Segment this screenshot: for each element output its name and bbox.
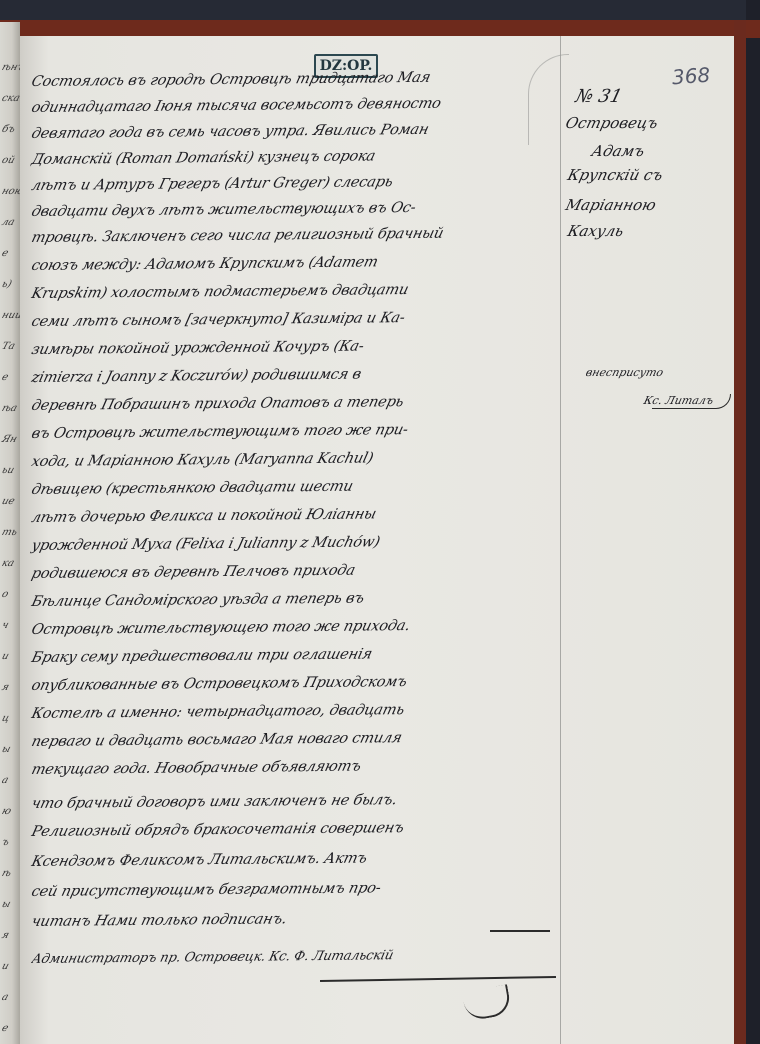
facing-page-fragment: и xyxy=(0,961,10,972)
facing-page-fragment: ка xyxy=(0,558,16,569)
text-line: читанъ Нами только подписанъ. xyxy=(26,909,554,944)
margin-groom-first: Адамъ xyxy=(590,142,647,160)
facing-page-fragment: нии xyxy=(0,310,20,321)
facing-page-fragment: е xyxy=(0,248,9,259)
facing-page-fragment: е xyxy=(0,372,9,383)
facing-page-fragment: о xyxy=(0,589,10,600)
margin-bride-first: Маріанною xyxy=(564,196,658,214)
facing-page-fragment: ь) xyxy=(0,279,13,290)
margin-parish: Островецъ xyxy=(564,114,660,132)
facing-page-fragment: ла xyxy=(0,217,16,228)
facing-page-edge: ѣнъскабъойноюлаеь)нииТаеѣаЯньииетькаочия… xyxy=(0,22,20,1044)
margin-groom-surname: Крупскій съ xyxy=(566,166,665,184)
closing-dash xyxy=(490,930,550,932)
facing-page-fragment: Ян xyxy=(0,434,18,445)
facing-page-fragment: ска xyxy=(0,93,20,104)
margin-correction-note: внесприсуто xyxy=(584,366,664,379)
facing-page-fragment: е xyxy=(0,1023,9,1034)
facing-page-fragment: я xyxy=(0,682,10,693)
facing-page-fragment: ы xyxy=(0,899,12,910)
facing-page-fragment: ц xyxy=(0,713,11,724)
facing-page-fragment: а xyxy=(0,775,10,786)
facing-page-fragment: а xyxy=(0,992,10,1003)
folio-number: 368 xyxy=(671,63,711,90)
signature-flourish xyxy=(462,984,513,1022)
facing-page-fragment: ой xyxy=(0,155,16,166)
margin-rule xyxy=(560,36,561,1044)
backdrop-right xyxy=(746,0,760,1044)
facing-page-fragment: ною xyxy=(0,186,20,197)
record-number: № 31 xyxy=(573,86,624,107)
text-line: текущаго года. Новобрачные объявляютъ xyxy=(26,757,554,792)
facing-page-fragment: бъ xyxy=(0,124,16,135)
facing-page-fragment: ѣа xyxy=(0,403,18,414)
margin-bride-surname: Кахуль xyxy=(566,222,626,240)
facing-page-fragment: ть xyxy=(0,527,19,538)
signature-flourish xyxy=(652,394,731,409)
facing-page-fragment: и xyxy=(0,651,10,662)
facing-page-fragment: ѣнъ xyxy=(0,62,20,73)
facing-page-fragment: я xyxy=(0,930,10,941)
book-cover-spine-right xyxy=(734,20,746,1044)
facing-page-fragment: ю xyxy=(0,806,12,817)
facing-page-fragment: ѣ xyxy=(0,868,12,879)
facing-page-fragment: ы xyxy=(0,744,12,755)
register-page: DZ:OP. 368 № 31 Островецъ Адамъ Крупскій… xyxy=(20,36,734,1044)
facing-page-fragment: ч xyxy=(0,620,10,631)
facing-page-fragment: ие xyxy=(0,496,16,507)
facing-page-fragment: ъ xyxy=(0,837,10,848)
facing-page-fragment: ьи xyxy=(0,465,15,476)
facing-page-fragment: Та xyxy=(0,341,16,352)
